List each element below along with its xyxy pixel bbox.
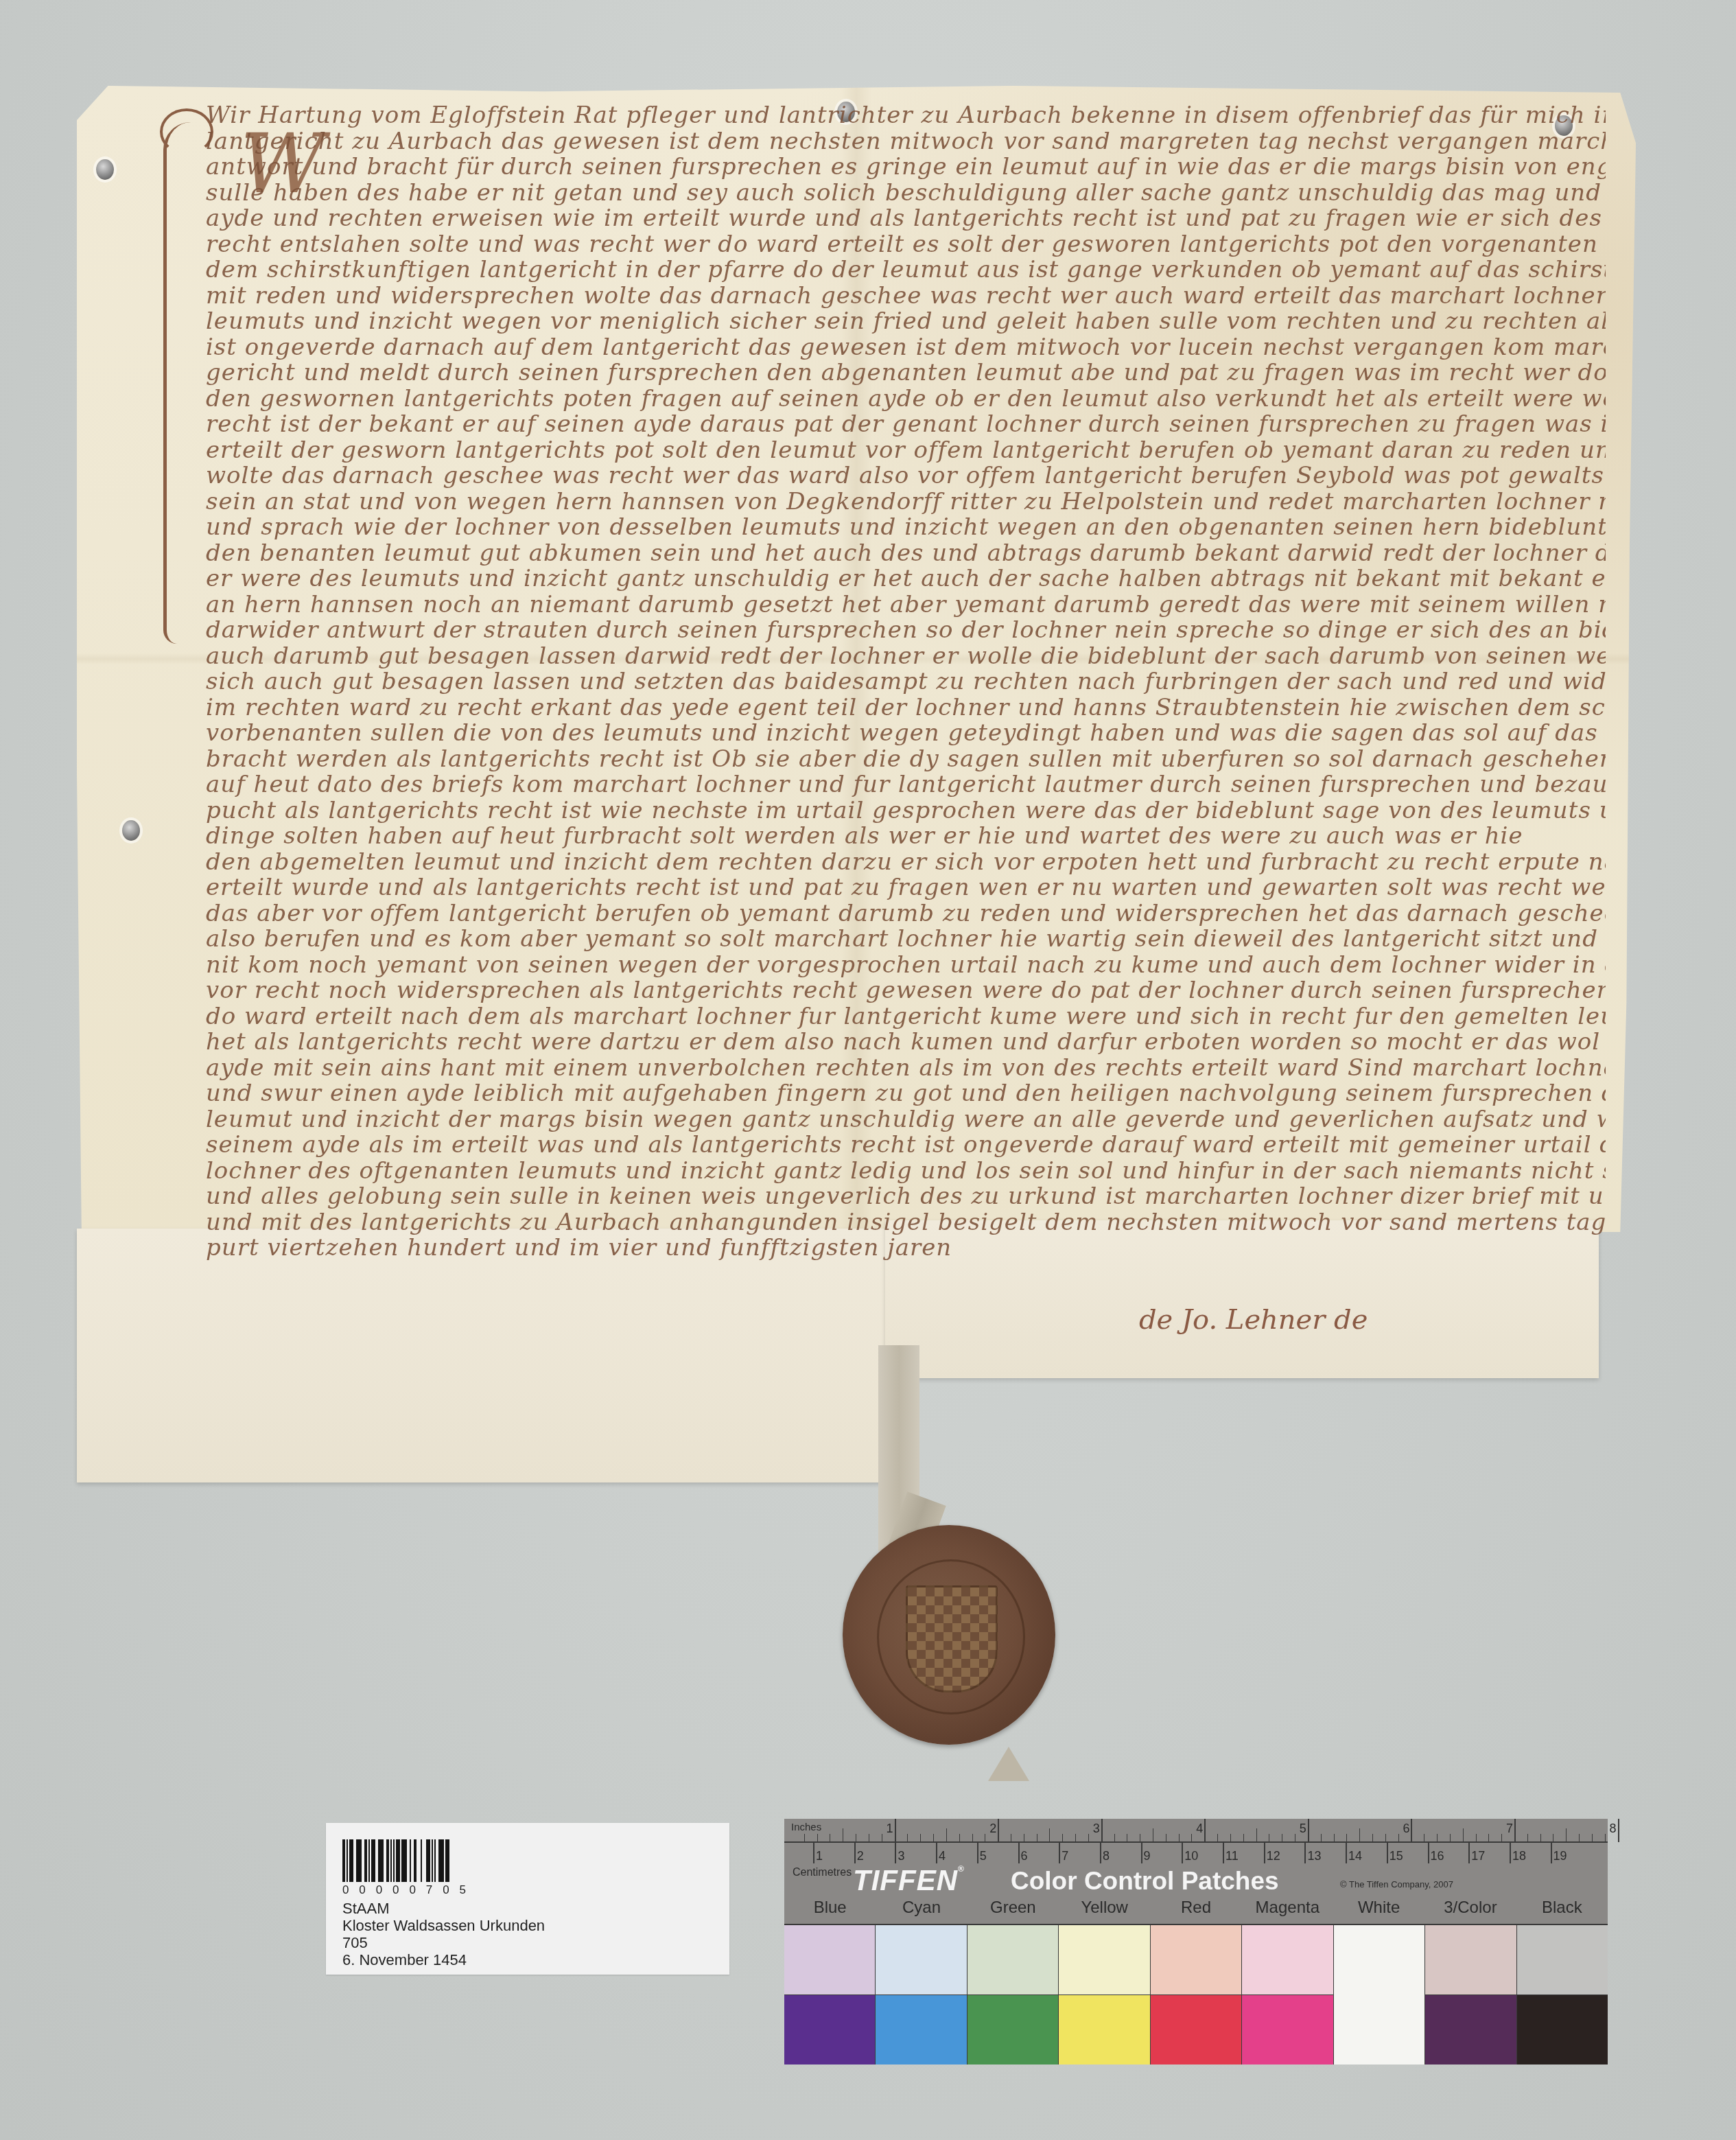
inch-subtick [907, 1834, 908, 1842]
charter-line: und swur einen ayde leiblich mit aufgeha… [206, 1081, 1606, 1107]
inch-subtick [1450, 1834, 1451, 1842]
cm-tick [1304, 1843, 1306, 1863]
cm-tick-label: 4 [939, 1849, 946, 1863]
barcode-digits: 00000705 [342, 1883, 466, 1897]
inch-subtick [1217, 1834, 1218, 1842]
charter-line: leumuts und inzicht wegen vor meniglich … [206, 309, 1606, 335]
inch-subtick [1230, 1834, 1231, 1842]
inch-subtick [1385, 1834, 1386, 1842]
patch-name: Blue [784, 1894, 876, 1922]
inch-subtick [1088, 1834, 1089, 1842]
registered-mark: ® [958, 1864, 965, 1874]
charter-line: gericht und meldt durch seinen fursprech… [206, 360, 1606, 386]
inch-subtick [972, 1834, 973, 1842]
inch-subtick [985, 1834, 985, 1842]
barcode-digit: 0 [359, 1883, 365, 1897]
inch-subtick [1179, 1834, 1180, 1842]
cm-tick [977, 1843, 978, 1863]
wax-seal [843, 1525, 1055, 1745]
patch-name: Red [1150, 1894, 1241, 1922]
charter-line: vor recht noch widersprechen als lantger… [206, 978, 1606, 1004]
charter-line: auch darumb gut besagen lassen darwid re… [206, 644, 1606, 670]
decorated-initial [163, 122, 208, 644]
charter-line: do ward erteilt nach dem als marchart lo… [206, 1004, 1606, 1030]
inch-tick [998, 1819, 999, 1842]
cm-tick [1141, 1843, 1142, 1863]
inch-subtick [1566, 1828, 1567, 1842]
inch-tick [1618, 1819, 1619, 1842]
barcode-digit: 5 [460, 1883, 466, 1897]
inch-subtick [1463, 1828, 1464, 1842]
inch-subtick [1075, 1834, 1076, 1842]
inch-subtick [856, 1834, 856, 1842]
patch-dark [1059, 1994, 1149, 2065]
patch-light [1517, 1925, 1608, 1994]
patch-dark [1242, 1994, 1333, 2065]
inch-subtick [1527, 1834, 1528, 1842]
inch-subtick [1437, 1834, 1438, 1842]
inch-subtick [1037, 1834, 1037, 1842]
patch-name: Green [967, 1894, 1059, 1922]
patch-light [876, 1925, 966, 1994]
cm-tick [1428, 1843, 1429, 1863]
document-date: 6. November 1454 [342, 1951, 545, 1968]
inch-subtick [1476, 1834, 1477, 1842]
charter-text: Wir Hartung vom Egloffstein Rat pfleger … [206, 103, 1606, 1261]
charter-line: het als lantgerichts recht were dartzu e… [206, 1030, 1606, 1056]
charter-line: seinem ayde als im erteilt was und als l… [206, 1132, 1606, 1159]
barcode-digit: 7 [426, 1883, 432, 1897]
seal-strap-end [988, 1747, 1029, 1781]
barcode-digit: 0 [342, 1883, 349, 1897]
charter-line: wolte das darnach geschee was recht wer … [206, 463, 1606, 489]
patch-column [876, 1925, 967, 2065]
inch-subtick [1579, 1834, 1580, 1842]
ruler: Inches 123456781234567891011121314151617… [784, 1819, 1608, 1867]
patch-light [967, 1925, 1058, 1994]
cm-tick [1551, 1843, 1552, 1863]
patch-column [1517, 1925, 1608, 2065]
charter-line: leumut und inzicht der margs bisin wegen… [206, 1107, 1606, 1133]
inch-subtick [1295, 1834, 1295, 1842]
inch-subtick [1127, 1834, 1127, 1842]
charter-line: ist ongeverde darnach auf dem lantgerich… [206, 335, 1606, 361]
cm-tick-label: 5 [980, 1849, 987, 1863]
cm-tick [1223, 1843, 1224, 1863]
inch-subtick [1269, 1834, 1269, 1842]
archive-name: StAAM [342, 1900, 545, 1917]
charter-line: bracht werden als lantgerichts recht ist… [206, 747, 1606, 773]
cm-tick-label: 6 [1021, 1849, 1028, 1863]
cm-tick-label: 11 [1225, 1849, 1239, 1863]
mounting-pin-icon [96, 159, 114, 180]
inch-subtick [882, 1834, 882, 1842]
charter-line: den abgemelten leumut und inzicht dem re… [206, 850, 1606, 876]
inch-subtick [1346, 1834, 1347, 1842]
inch-subtick [1488, 1834, 1489, 1842]
charter-line: im rechten ward zu recht erkant das yede… [206, 695, 1606, 721]
inch-subtick [1605, 1834, 1606, 1842]
charter-line: nit kom noch yemant von seinen wegen der… [206, 953, 1606, 979]
cm-tick-label: 7 [1061, 1849, 1068, 1863]
barcode-bar [438, 1839, 444, 1882]
cm-tick-label: 17 [1471, 1849, 1485, 1863]
charter-line: lantgericht zu Aurbach das gewesen ist d… [206, 129, 1606, 155]
charter-line: pucht als lantgerichts recht ist wie nec… [206, 798, 1606, 824]
patch-name: Cyan [876, 1894, 967, 1922]
inch-subtick [1372, 1834, 1373, 1842]
patch-name: Magenta [1242, 1894, 1333, 1922]
barcode-digit: 0 [409, 1883, 415, 1897]
charter-line: antwort und bracht für durch seinen furs… [206, 154, 1606, 181]
cm-tick-label: 9 [1144, 1849, 1151, 1863]
inch-subtick [1501, 1834, 1502, 1842]
cm-tick-label: 2 [857, 1849, 864, 1863]
inch-subtick [1011, 1834, 1011, 1842]
inch-tick-label: 3 [1093, 1822, 1100, 1836]
inch-subtick [946, 1828, 947, 1842]
chart-title: Color Control Patches [1011, 1867, 1279, 1896]
charter-line: recht ist der bekant er auf seinen ayde … [206, 412, 1606, 438]
patch-light [1425, 1925, 1516, 1994]
charter-line: und mit des lantgerichts zu Aurbach anha… [206, 1210, 1606, 1236]
cm-tick [1510, 1843, 1511, 1863]
cm-tick [1182, 1843, 1183, 1863]
barcode-digit: 0 [376, 1883, 382, 1897]
inch-subtick [830, 1834, 830, 1842]
inch-tick-label: 6 [1403, 1822, 1409, 1836]
charter-line: dem schirstkunftigen lantgericht in der … [206, 257, 1606, 283]
inch-tick [1101, 1819, 1103, 1842]
barcode-digit: 0 [443, 1883, 449, 1897]
patch-names: BlueCyanGreenYellowRedMagentaWhite3/Colo… [784, 1894, 1608, 1922]
inch-subtick [1191, 1834, 1192, 1842]
inch-subtick [1153, 1828, 1153, 1842]
charter-line: er were des leumuts und inzicht gantz un… [206, 566, 1606, 592]
patch-column [784, 1925, 876, 2065]
charter-line: ayde und rechten erweisen wie im erteilt… [206, 206, 1606, 232]
patch-dark [1425, 1994, 1516, 2065]
coat-of-arms-shield-icon [906, 1585, 998, 1693]
inch-subtick [1321, 1834, 1322, 1842]
charter-line: erteilt der gesworn lantgerichts pot sol… [206, 438, 1606, 464]
inch-subtick [1256, 1828, 1257, 1842]
inches-label: Inches [791, 1822, 821, 1833]
document-number: 705 [342, 1934, 545, 1951]
barcode-space [449, 1839, 451, 1882]
inch-subtick [1024, 1834, 1024, 1842]
archive-label: 00000705 StAAM Kloster Waldsassen Urkund… [326, 1823, 729, 1975]
inch-subtick [1359, 1828, 1360, 1842]
cm-tick [895, 1843, 896, 1863]
inch-tick-label: 8 [1610, 1822, 1617, 1836]
cm-tick-label: 10 [1184, 1849, 1198, 1863]
cm-tick [813, 1843, 814, 1863]
charter-line: sein an stat und von wegen hern hannsen … [206, 489, 1606, 515]
inch-tick-label: 5 [1300, 1822, 1306, 1836]
barcode [342, 1839, 463, 1882]
cm-tick-label: 3 [898, 1849, 904, 1863]
inch-tick [895, 1819, 896, 1842]
patch-column [1151, 1925, 1242, 2065]
inch-tick [1514, 1819, 1516, 1842]
cm-tick-label: 14 [1348, 1849, 1362, 1863]
inch-subtick [1398, 1834, 1399, 1842]
charter-line: den benanten leumut gut abkumen sein und… [206, 541, 1606, 567]
patch-name: Yellow [1059, 1894, 1150, 1922]
charter-line: ayde mit sein ains hant mit einem unverb… [206, 1056, 1606, 1082]
patch-column [967, 1925, 1059, 2065]
charter-line: purt viertzehen hundert und im vier und … [206, 1235, 1606, 1261]
cm-tick-label: 1 [816, 1849, 823, 1863]
patch-column [1059, 1925, 1150, 2065]
patch-name: 3/Color [1424, 1894, 1516, 1922]
charter-line: den geswornen lantgerichts poten fragen … [206, 386, 1606, 412]
scribe-signature: de Jo. Lehner de [1139, 1304, 1368, 1336]
cm-tick [1018, 1843, 1020, 1863]
patch-column [1425, 1925, 1516, 2065]
barcode-bar [356, 1839, 362, 1882]
inch-subtick [1282, 1834, 1282, 1842]
patch-dark [1517, 1994, 1608, 2065]
inch-subtick [1334, 1834, 1335, 1842]
inch-subtick [804, 1834, 805, 1842]
centimetres-label: Centimetres [793, 1867, 852, 1879]
inch-subtick [1243, 1834, 1244, 1842]
inch-subtick [933, 1834, 934, 1842]
patch-dark [784, 1994, 875, 2065]
charter-line: lochner des oftgenanten leumuts und inzi… [206, 1159, 1606, 1185]
charter-line: an hern hannsen noch an niemant darumb g… [206, 592, 1606, 618]
charter-line: und sprach wie der lochner von desselben… [206, 515, 1606, 541]
inch-tick-label: 7 [1506, 1822, 1513, 1836]
barcode-bar [401, 1839, 407, 1882]
barcode-digit: 0 [392, 1883, 399, 1897]
patch-dark [1151, 1994, 1241, 2065]
inch-subtick [817, 1834, 818, 1842]
patch-name: White [1333, 1894, 1424, 1922]
color-control-chart: Inches 123456781234567891011121314151617… [784, 1819, 1608, 2063]
cm-tick-label: 18 [1512, 1849, 1526, 1863]
inch-tick-label: 1 [887, 1822, 893, 1836]
inch-subtick [869, 1834, 869, 1842]
inch-subtick [1140, 1834, 1140, 1842]
inch-subtick [1592, 1834, 1593, 1842]
patch-light [1151, 1925, 1241, 1994]
brand-name: TIFFEN [853, 1864, 958, 1896]
charter-line: mit reden und widersprechen wolte das da… [206, 283, 1606, 310]
inch-subtick [1553, 1834, 1553, 1842]
collection-name: Kloster Waldsassen Urkunden [342, 1917, 545, 1934]
patch-light [1242, 1925, 1333, 1994]
charter-line: also berufen und es kom aber yemant so s… [206, 927, 1606, 953]
inch-tick [1308, 1819, 1309, 1842]
inch-tick [1411, 1819, 1412, 1842]
charter-line: sulle haben des habe er nit getan und se… [206, 181, 1606, 207]
patch-dark [876, 1994, 966, 2065]
patch-light [1059, 1925, 1149, 1994]
color-patches [784, 1924, 1608, 2065]
cm-tick [1059, 1843, 1060, 1863]
cm-tick-label: 13 [1307, 1849, 1321, 1863]
patch-column [1334, 1925, 1425, 2065]
cm-tick [854, 1843, 856, 1863]
plica-fold-left [77, 1229, 887, 1482]
inch-subtick [843, 1828, 843, 1842]
charter-line: dinge solten haben auf heut furbracht so… [206, 824, 1606, 850]
charter-line: auf heut dato des briefs kom marchart lo… [206, 772, 1606, 798]
patch-dark [967, 1994, 1058, 2065]
inch-subtick [1114, 1834, 1115, 1842]
barcode-bar [378, 1839, 384, 1882]
copyright: © The Tiffen Company, 2007 [1340, 1879, 1453, 1889]
charter-line: Wir Hartung vom Egloffstein Rat pfleger … [206, 103, 1606, 129]
patch-light [1334, 1925, 1424, 1995]
cm-tick-label: 15 [1389, 1849, 1403, 1863]
cm-tick-label: 16 [1431, 1849, 1444, 1863]
cm-tick [1100, 1843, 1101, 1863]
cm-tick-label: 8 [1103, 1849, 1110, 1863]
charter-line: sich auch gut besagen lassen und setzten… [206, 669, 1606, 695]
inch-subtick [1540, 1834, 1541, 1842]
inch-tick-label: 4 [1196, 1822, 1203, 1836]
patch-light [784, 1925, 875, 1994]
inch-subtick [959, 1834, 960, 1842]
cm-tick-label: 19 [1553, 1849, 1567, 1863]
mounting-pin-icon [122, 820, 140, 841]
cm-tick [1346, 1843, 1347, 1863]
inch-tick [1204, 1819, 1206, 1842]
cm-tick [1468, 1843, 1470, 1863]
patch-dark [1334, 1995, 1424, 2065]
inch-subtick [1062, 1834, 1063, 1842]
inch-subtick [1166, 1834, 1166, 1842]
inch-subtick [920, 1834, 921, 1842]
charter-line: vorbenanten sullen die von des leumuts u… [206, 721, 1606, 747]
cm-tick [936, 1843, 937, 1863]
cm-tick [1387, 1843, 1388, 1863]
charter-line: darwider antwurt der strauten durch sein… [206, 618, 1606, 644]
charter-line: das aber vor offem lantgericht berufen o… [206, 901, 1606, 927]
inch-subtick [1424, 1834, 1424, 1842]
label-text: StAAM Kloster Waldsassen Urkunden 705 6.… [342, 1900, 545, 1968]
cm-tick-label: 12 [1267, 1849, 1280, 1863]
charter-line: erteilt wurde und als lantgerichts recht… [206, 875, 1606, 901]
brand-logo: TIFFEN® [853, 1864, 965, 1897]
inch-subtick [1049, 1828, 1050, 1842]
charter-line: und alles gelobung sein sulle in keinen … [206, 1184, 1606, 1210]
charter-line: recht entslahen solte und was recht wer … [206, 232, 1606, 258]
cm-tick [1264, 1843, 1265, 1863]
inch-tick-label: 2 [989, 1822, 996, 1836]
patch-column [1242, 1925, 1333, 2065]
patch-name: Black [1516, 1894, 1608, 1922]
